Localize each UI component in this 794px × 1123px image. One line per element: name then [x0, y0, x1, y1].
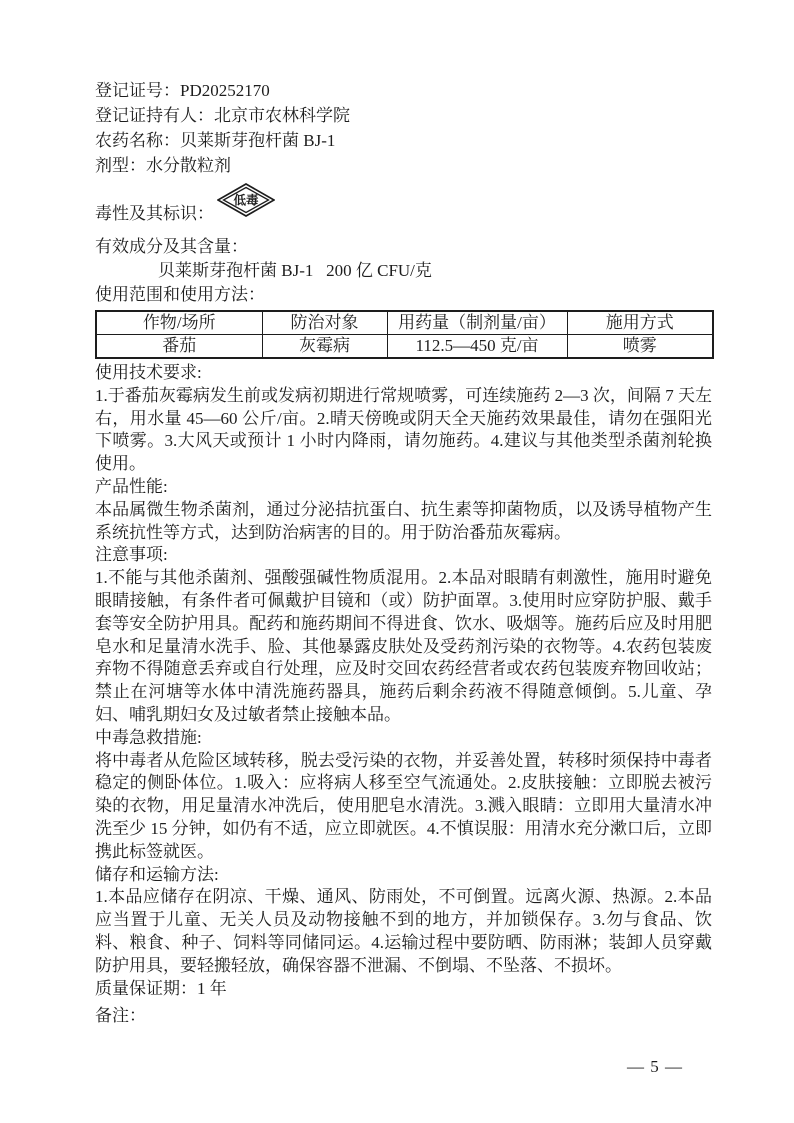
low-toxicity-diamond-icon: 低毒 [217, 183, 275, 217]
formulation-line: 剂型：水分散粒剂 [95, 153, 712, 178]
ingredient-value: 贝莱斯芽孢杆菌 BJ-1 200 亿 CFU/克 [95, 259, 712, 283]
section-body: 本品属微生物杀菌剂，通过分泌拮抗蛋白、抗生素等抑菌物质，以及诱导植物产生系统抗性… [95, 499, 712, 545]
usage-table-cell-method: 喷雾 [567, 335, 713, 359]
usage-table-cell-dosage: 112.5—450 克/亩 [387, 335, 567, 359]
registrant-line: 登记证持有人：北京市农林科学院 [95, 103, 712, 128]
section-body: 将中毒者从危险区域转移，脱去受污染的衣物，并妥善处置，转移时须保持中毒者稳定的侧… [95, 750, 712, 864]
toxicity-badge-text: 低毒 [233, 193, 259, 208]
section-body: 1.不能与其他杀菌剂、强酸强碱性物质混用。2.本品对眼睛有刺激性，施用时避免眼睛… [95, 567, 712, 727]
usage-table-header-target: 防治对象 [262, 311, 387, 335]
document-content: 登记证号：PD20252170 登记证持有人：北京市农林科学院 农药名称：贝莱斯… [95, 78, 712, 1028]
usage-table-header-method: 施用方式 [567, 311, 713, 335]
ingredient-label: 有效成分及其含量： [95, 235, 712, 259]
usage-table-cell-crop: 番茄 [96, 335, 262, 359]
usage-table-header-crop: 作物/场所 [96, 311, 262, 335]
section-title: 中毒急救措施: [95, 727, 712, 750]
usage-table-data-row: 番茄 灰霉病 112.5—450 克/亩 喷雾 [96, 335, 713, 359]
section-title: 储存和运输方法: [95, 864, 712, 887]
registration-number-line: 登记证号：PD20252170 [95, 78, 712, 103]
usage-table-header-row: 作物/场所 防治对象 用药量（制剂量/亩） 施用方式 [96, 311, 713, 335]
document-sections: 使用技术要求: 1.于番茄灰霉病发生前或发病初期进行常规喷雾，可连续施药 2—3… [95, 362, 712, 1028]
section-body: 1.本品应储存在阴凉、干燥、通风、防雨处，不可倒置。远离火源、热源。2.本品应当… [95, 886, 712, 977]
remark-line: 备注： [95, 1005, 712, 1028]
usage-table: 作物/场所 防治对象 用药量（制剂量/亩） 施用方式 番茄 灰霉病 112.5—… [95, 310, 714, 359]
page-number: — 5 — [627, 1056, 683, 1078]
section-precautions: 注意事项: 1.不能与其他杀菌剂、强酸强碱性物质混用。2.本品对眼睛有刺激性，施… [95, 544, 712, 726]
usage-table-header-dosage: 用药量（制剂量/亩） [387, 311, 567, 335]
section-title: 产品性能: [95, 476, 712, 499]
toxicity-label: 毒性及其标识： [95, 201, 214, 226]
warranty-line: 质量保证期：1 年 [95, 978, 712, 1001]
section-storage-transport: 储存和运输方法: 1.本品应储存在阴凉、干燥、通风、防雨处，不可倒置。远离火源、… [95, 864, 712, 978]
pesticide-name-line: 农药名称：贝莱斯芽孢杆菌 BJ-1 [95, 128, 712, 153]
document-page: 登记证号：PD20252170 登记证持有人：北京市农林科学院 农药名称：贝莱斯… [0, 0, 794, 1123]
section-body: 1.于番茄灰霉病发生前或发病初期进行常规喷雾，可连续施药 2—3 次，间隔 7 … [95, 385, 712, 476]
toxicity-row: 毒性及其标识： 低毒 [95, 182, 712, 226]
section-first-aid: 中毒急救措施: 将中毒者从危险区域转移，脱去受污染的衣物，并妥善处置，转移时须保… [95, 727, 712, 864]
section-title: 使用技术要求: [95, 362, 712, 385]
section-product-performance: 产品性能: 本品属微生物杀菌剂，通过分泌拮抗蛋白、抗生素等抑菌物质，以及诱导植物… [95, 476, 712, 544]
usage-table-title: 使用范围和使用方法： [95, 283, 712, 307]
section-usage-requirements: 使用技术要求: 1.于番茄灰霉病发生前或发病初期进行常规喷雾，可连续施药 2—3… [95, 362, 712, 476]
section-title: 注意事项: [95, 544, 712, 567]
usage-table-cell-target: 灰霉病 [262, 335, 387, 359]
